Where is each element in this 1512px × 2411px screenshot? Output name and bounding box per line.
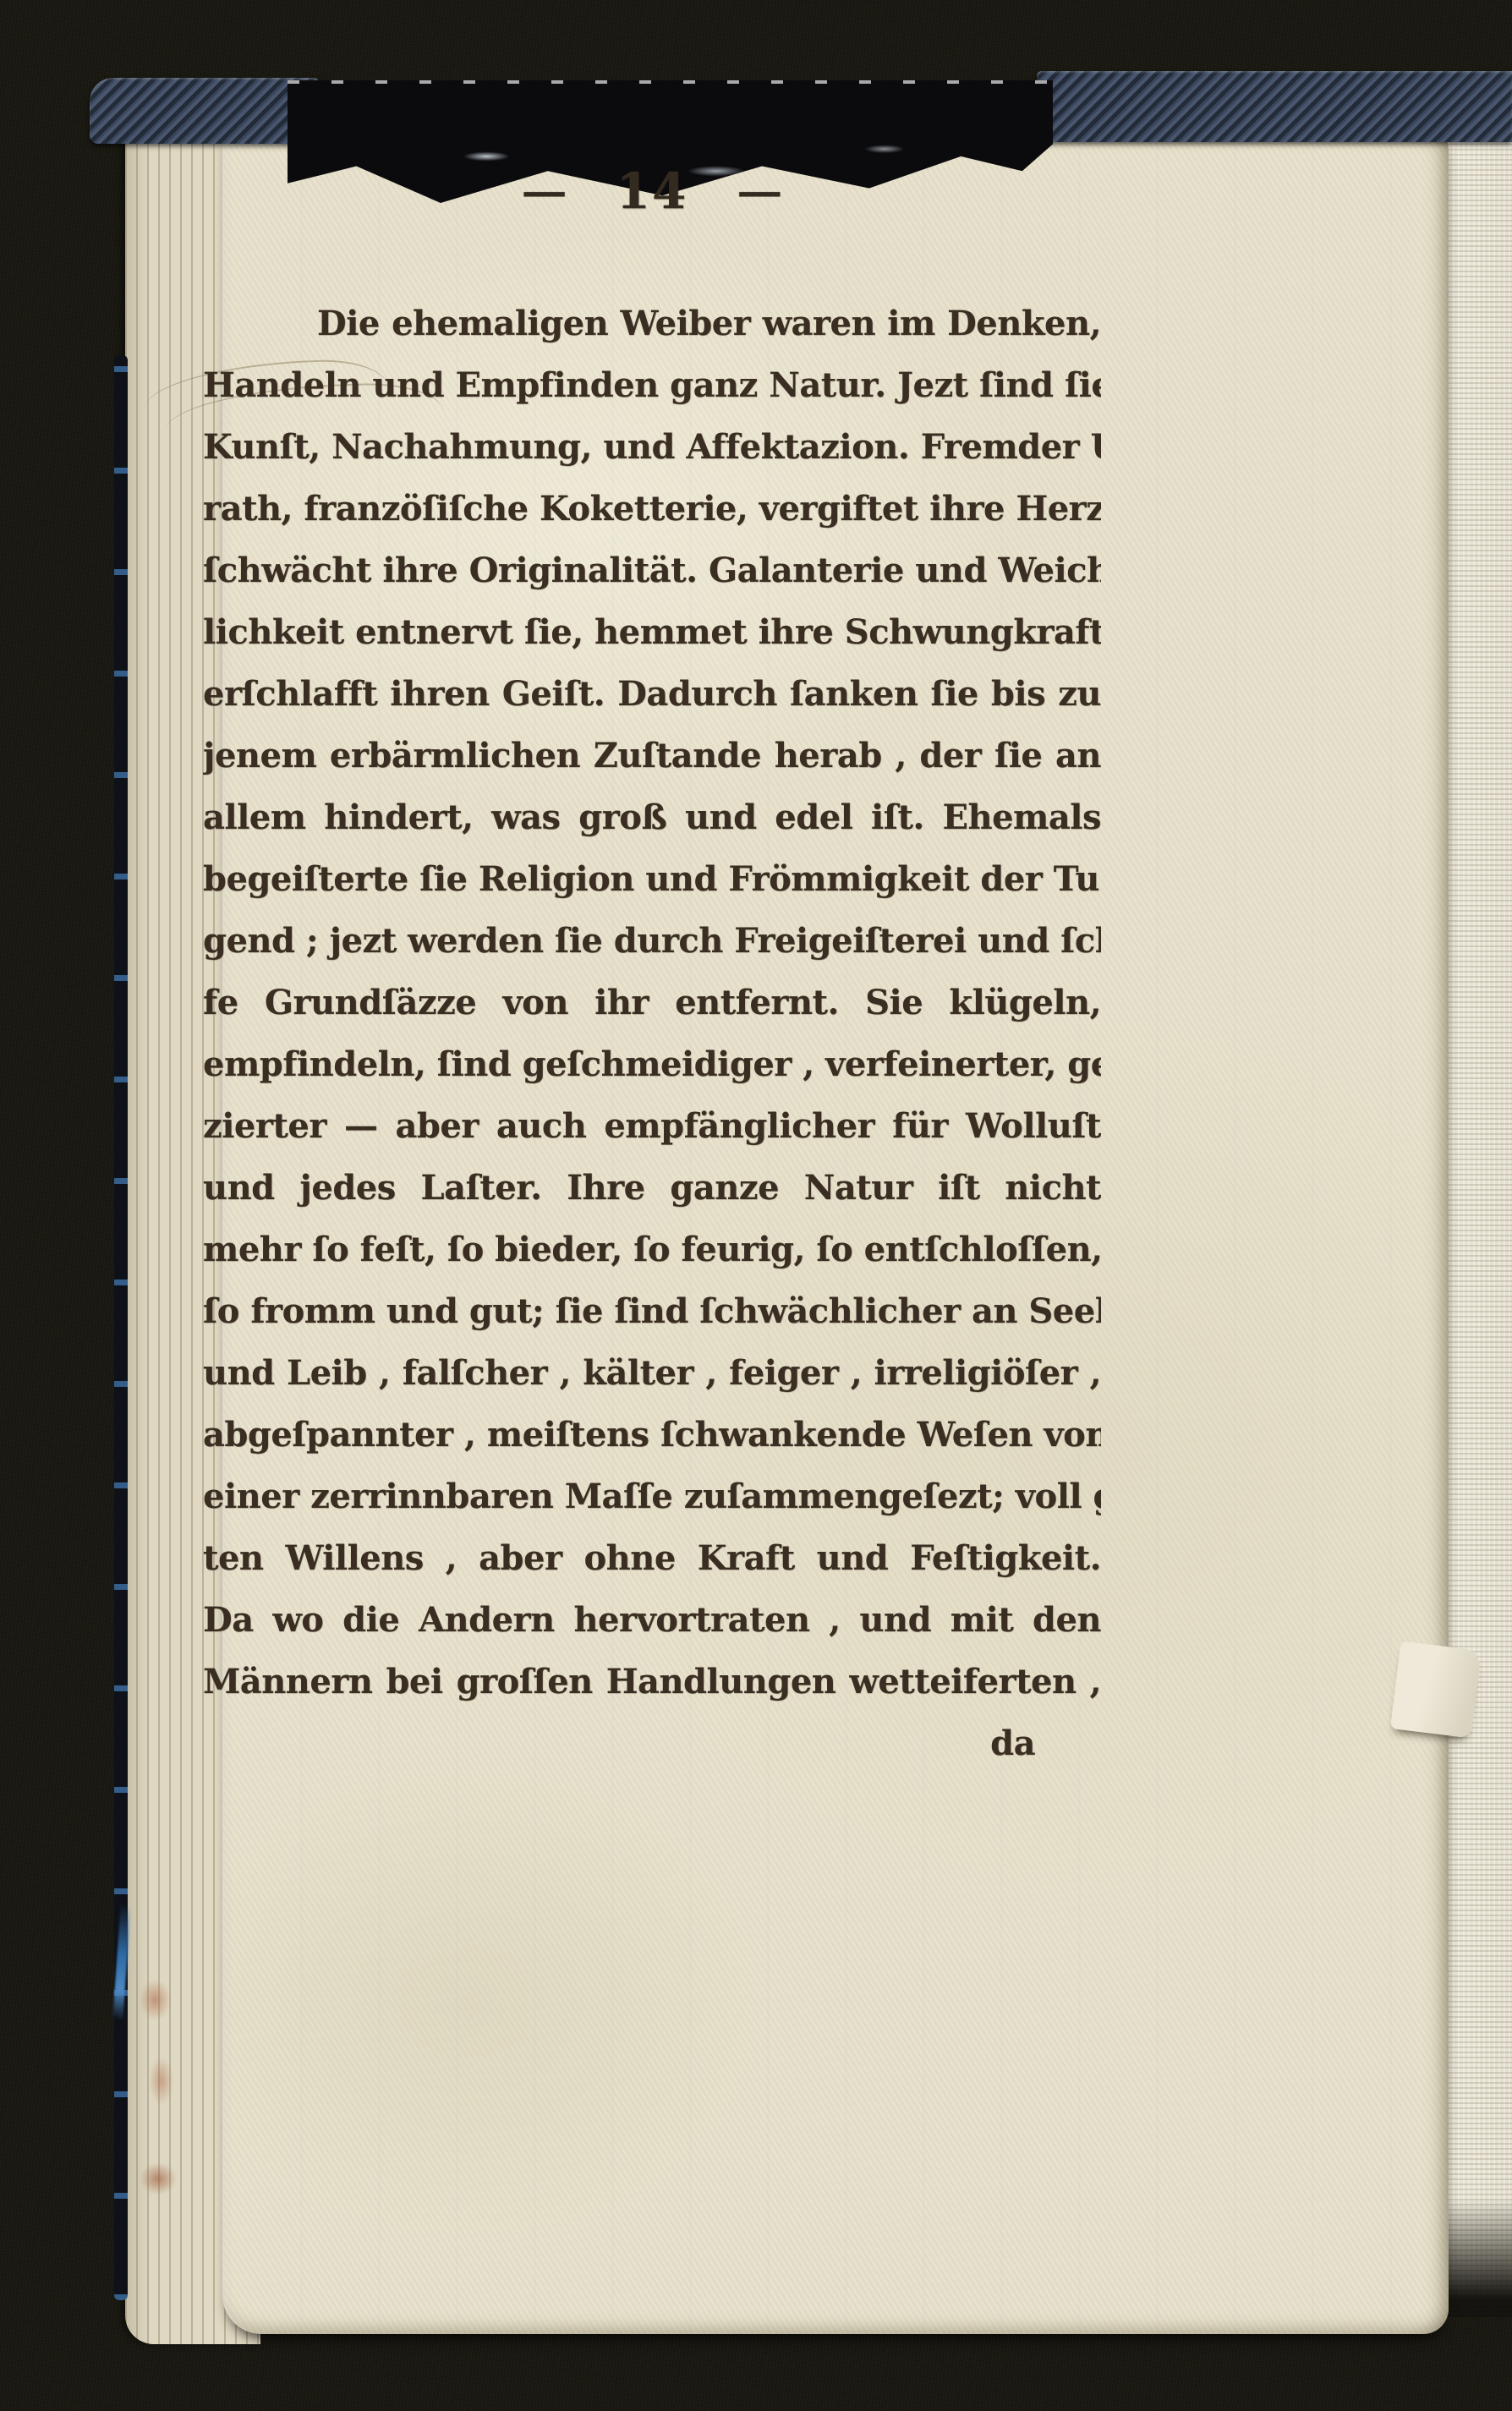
text-line: Die ehemaligen Weiber waren im Denken, [203, 293, 1101, 354]
red-stain [129, 1970, 188, 2216]
text-line: Handeln und Empfinden ganz Natur. Jezt ſ… [203, 354, 1101, 416]
catchword: da [203, 1712, 1101, 1774]
text-line: fe Grundſäzze von ihr entfernt. Sie klüg… [203, 972, 1101, 1033]
cover-corner-fabric-left [90, 78, 318, 144]
text-line: gend ; jezt werden ſie durch Freigeiſter… [203, 910, 1101, 972]
text-line: lichkeit entnervt ſie, hemmet ihre Schwu… [203, 601, 1101, 663]
header-left-dash: — [522, 168, 567, 214]
text-line: abgeſpannter , meiſtens ſchwankende Weſe… [203, 1404, 1101, 1466]
text-line: allem hindert, was groß und edel iſt. Eh… [203, 786, 1101, 848]
text-line: ſchwächt ihre Originalität. Galanterie u… [203, 540, 1101, 601]
cover-corner-fabric-right [1037, 71, 1512, 142]
text-line: ſo fromm und gut; ſie ſind ſchwächlicher… [203, 1280, 1101, 1342]
text-line: Da wo die Andern hervortraten , und mit … [203, 1589, 1101, 1651]
page-fold-flap [1390, 1641, 1482, 1739]
running-head: — 14 — [203, 157, 1101, 225]
text-line: zierter — aber auch empfänglicher für Wo… [203, 1095, 1101, 1157]
text-line: jenem erbärmlichen Zuſtande herab , der … [203, 725, 1101, 786]
text-line: erſchlafft ihren Geiſt. Dadurch ſanken ſ… [203, 663, 1101, 725]
text-line: Kunſt, Nachahmung, und Affektazion. Frem… [203, 416, 1101, 478]
text-line: und jedes Laſter. Ihre ganze Natur iſt n… [203, 1157, 1101, 1219]
scanned-book-photograph: { "page": { "header": { "left_dash": "—"… [0, 0, 1512, 2411]
header-right-dash: — [737, 168, 782, 214]
body-text: Die ehemaligen Weiber waren im Denken, H… [203, 293, 1101, 1774]
text-line: empfindeln, ſind geſchmeidiger , verfein… [203, 1033, 1101, 1095]
text-line: ten Willens , aber ohne Kraft und Feſtig… [203, 1527, 1101, 1589]
text-line: begeiſterte ſie Religion und Frömmigkeit… [203, 848, 1101, 910]
text-line: und Leib , falſcher , kälter , feiger , … [203, 1342, 1101, 1404]
page-number: 14 [616, 162, 688, 220]
text-line: Männern bei groſſen Handlungen wetteifer… [203, 1651, 1101, 1712]
text-line: rath, franzöſiſche Koketterie, vergiftet… [203, 478, 1101, 540]
text-line: mehr ſo feſt, ſo bieder, ſo feurig, ſo e… [203, 1219, 1101, 1280]
text-line: einer zerrinnbaren Maſſe zuſammengeſezt;… [203, 1466, 1101, 1527]
